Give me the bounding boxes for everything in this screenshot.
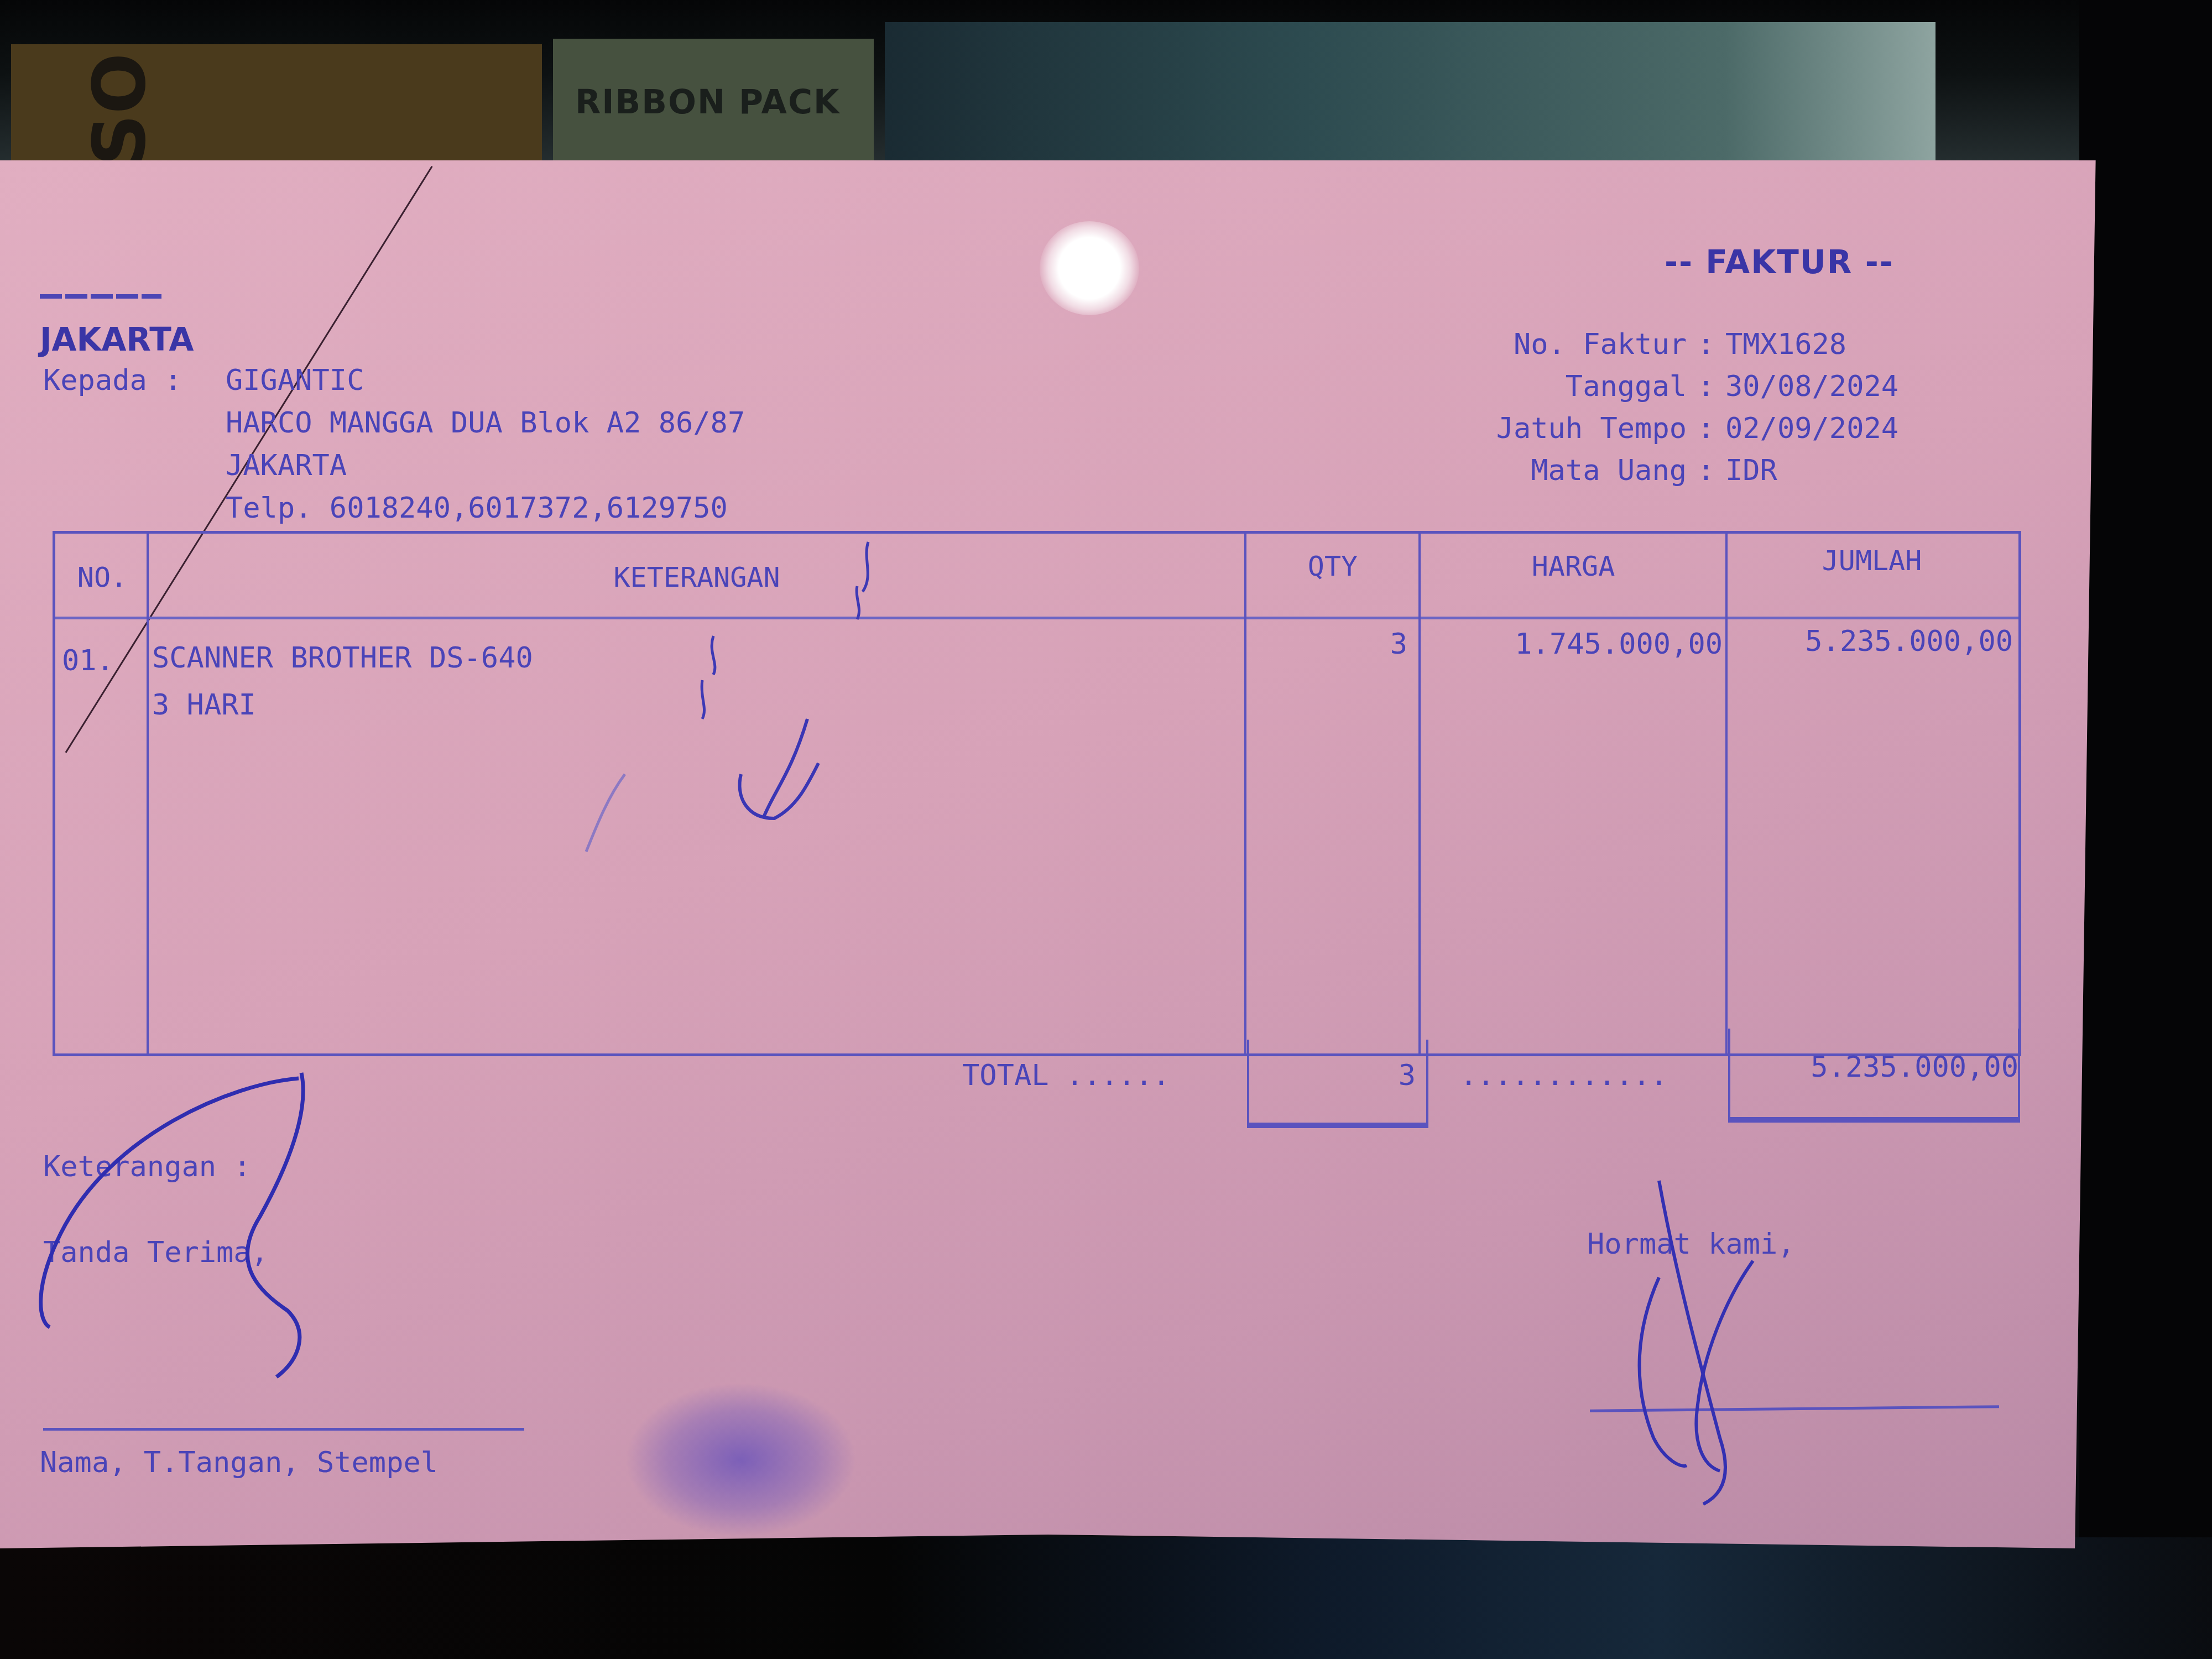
handwritten-notes-icon: [0, 0, 2212, 1659]
